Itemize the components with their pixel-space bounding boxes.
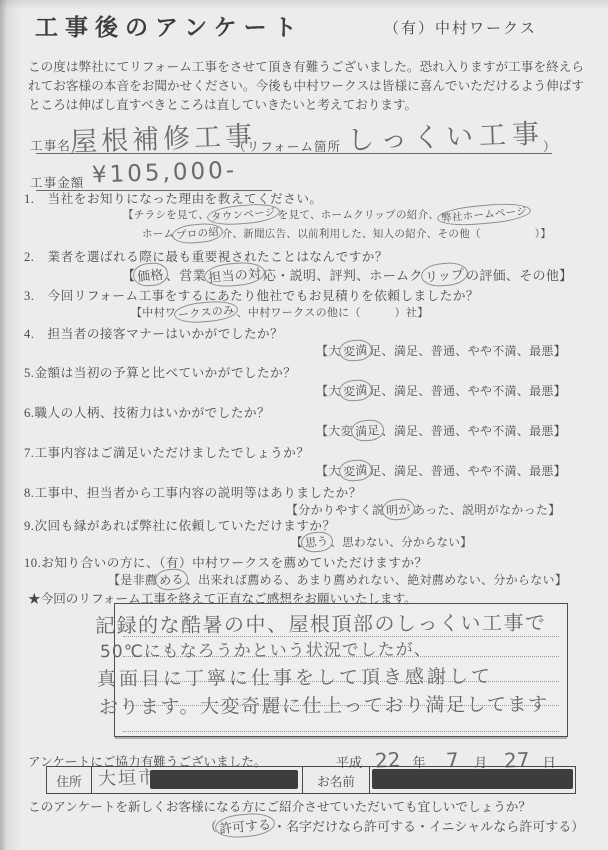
circled-answer: 変満 — [338, 379, 372, 403]
option-segment: 【大 — [316, 384, 341, 398]
question-text: 5.金額は当初の予算と比べていかがでしたか？ — [24, 362, 296, 381]
option-line: 【チラシを見て、タウンページを見て、ホームクリップの紹介、弊社ホームページ — [123, 207, 529, 222]
comment-line: 記録的な酷暑の中、屋根頂部のしっくい工事で — [95, 606, 547, 638]
option-segment: あった、説明がなかった】 — [413, 503, 560, 517]
circled-answer: 価格 — [132, 262, 168, 288]
question-text: 10.お知り合いの方に、（有）中村ワークスを薦めていただけますか？ — [24, 552, 428, 571]
option-line: 【是非薦める、出来れば薦める、あまり薦めれない、絶対薦めない、分からない】 — [108, 571, 567, 588]
option-line: 【大変満足、満足、普通、やや不満、最悪】 — [316, 382, 566, 399]
option-line: ホームプロの紹介、新聞広告、以前利用した、知人の紹介、その他（ ）】 — [142, 226, 551, 241]
circled-answer: 変満 — [338, 459, 372, 483]
question-text: 2. 業者を選ばれる際に最も重要視されたことはなんですか？ — [24, 246, 388, 265]
question-text: 1. 当社をお知りになった理由を教えてください。 — [24, 188, 323, 207]
option-line: 【大変満足、満足、普通、やや不満、最悪】 — [316, 422, 566, 439]
option-segment: 応・説明、評判、ホームク — [263, 268, 423, 283]
option-line: 【思う、思わない、分からない】 — [291, 534, 472, 550]
comment-line: 50℃にもなろうかという状況でしたが、 — [100, 635, 432, 662]
question-text: 7.工事内容はご満足いただけましたでしょうか？ — [24, 442, 309, 461]
address-table: 住所 大垣市 お名前 — [46, 766, 576, 794]
address-label: 住所 — [47, 767, 92, 793]
circled-answer: 明が — [382, 498, 416, 522]
question-text: 9.次回も縁があれば弊社に依頼していただけますか？ — [24, 515, 336, 534]
option-segment: 足、満足、普通、やや不満、最悪】 — [369, 464, 566, 478]
redacted-name-bar — [372, 769, 573, 789]
option-segment: 足、満足、普通、やや不満、最悪】 — [369, 384, 566, 398]
option-segment: 、満足、普通、やや不満、最悪】 — [382, 424, 567, 438]
option-segment: 、思わない、分からない】 — [330, 537, 472, 549]
circled-answer: 変満 — [338, 339, 372, 363]
option-segment: 【是非薦 — [108, 573, 157, 587]
redacted-address-bar — [150, 770, 298, 789]
intro-text: この度は弊社にてリフォーム工事をさせて頂き有難うございました。恐れ入りますが工事… — [28, 58, 584, 115]
option-line: 【価格、営業担当の対応・説明、評判、ホームクリップの評価、その他】 — [122, 265, 572, 284]
ruled-line — [123, 731, 559, 732]
question-text: 4. 担当者の接客マナーはいかがでしたか？ — [24, 323, 283, 342]
option-segment: ホーム — [142, 229, 174, 240]
reform-part-label: （リフォーム箇所 — [233, 136, 341, 155]
circled-answer: プロの紹 — [172, 222, 225, 245]
name-value-cell — [370, 767, 575, 793]
option-segment: 【大 — [316, 464, 341, 478]
reform-part-value: しっくい工事 — [346, 112, 545, 158]
option-segment: を見て、ホームクリップの紹介、 — [278, 210, 439, 221]
option-segment: 介、新聞広告、以前利用した、知人の紹介、その他（ ）】 — [222, 229, 552, 240]
circled-answer: 思う — [300, 531, 333, 554]
option-line: 【大変満足、満足、普通、やや不満、最悪】 — [316, 342, 566, 359]
comment-line: おります。大変奇麗に仕上っており満足してます — [99, 689, 549, 719]
name-label: お名前 — [302, 767, 370, 793]
option-line: 【大変満足、満足、普通、やや不満、最悪】 — [316, 462, 566, 479]
address-value-cell: 大垣市 — [92, 767, 302, 793]
page-title: 工事後のアンケート — [35, 9, 304, 42]
option-segment: ・名字だけなら許可する・イニシャルなら許可する） — [273, 819, 584, 834]
circled-answer: ークスのみ — [173, 299, 239, 325]
circled-answer: リップ — [420, 261, 469, 288]
option-line: 【中村ワークスのみ、中村ワークスの他に（ ）社】 — [131, 304, 429, 320]
work-name-value: 屋根補修工事 — [69, 114, 256, 159]
option-segment: 、中村ワークスの他に（ ）社】 — [237, 307, 429, 319]
option-segment: 、出来れば薦める、あまり薦めれない、絶対薦めない、分からない】 — [186, 573, 567, 587]
option-segment: 【大 — [316, 344, 341, 358]
question-text: 3. 今回リフォーム工事をするにあたり他社でもお見積りを依頼しましたか？ — [24, 285, 479, 304]
option-segment: の評価、その他】 — [466, 268, 572, 283]
option-segment: 、営業 — [166, 268, 206, 283]
reform-part-close: ） — [543, 136, 557, 155]
permission-options: （許可する・名字だけなら許可する・イニシャルなら許可する） — [204, 816, 584, 835]
option-segment: 【チラシを見て、 — [123, 210, 209, 221]
circled-answer: 弊社ホームページ — [437, 201, 533, 228]
company-name: （有）中村ワークス — [384, 17, 537, 38]
option-segment: 足、満足、普通、やや不満、最悪】 — [369, 344, 566, 358]
amount-value: ¥105,000- — [92, 157, 238, 188]
option-segment: 【大変 — [316, 424, 353, 438]
survey-page: 工事後のアンケート （有）中村ワークス この度は弊社にてリフォーム工事をさせて頂… — [0, 0, 608, 850]
circled-answer: 満足 — [350, 419, 384, 443]
work-name-label: 工事名 — [30, 135, 71, 154]
permission-question: このアンケートを新しくお客様になる方にご紹介させていただいても宜しいでしょうか？ — [28, 796, 531, 815]
option-segment: 【中村ワ — [131, 307, 176, 319]
circled-answer: 許可する — [214, 811, 276, 839]
comment-line: 真面目に丁寧に仕事をして頂き感謝して — [97, 662, 493, 692]
question-text: 6.職人の人柄、技術力はいかがでしたか？ — [24, 402, 270, 421]
question-text: 8.工事中、担当者から工事内容の説明等はありましたか？ — [24, 482, 362, 501]
